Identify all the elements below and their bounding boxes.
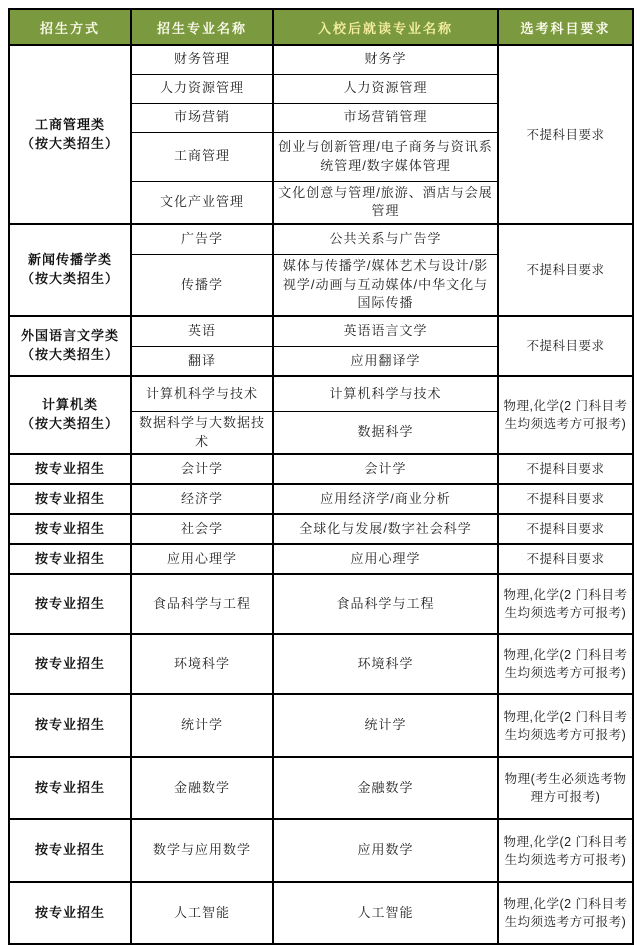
major-cell: 金融数学 — [131, 757, 273, 819]
study-cell: 应用翻译学 — [273, 346, 498, 376]
requirement-cell: 物理(考生必须选考物理方可报考) — [498, 757, 633, 819]
major-cell: 应用心理学 — [131, 544, 273, 574]
table-body: 工商管理类 （按大类招生）财务管理财务学不提科目要求人力资源管理人力资源管理市场… — [9, 45, 633, 944]
table-row: 按专业招生金融数学金融数学物理(考生必须选考物理方可报考) — [9, 757, 633, 819]
major-cell: 工商管理 — [131, 132, 273, 181]
requirement-cell: 不提科目要求 — [498, 316, 633, 376]
method-cell: 按专业招生 — [9, 757, 131, 819]
method-cell: 计算机类 （按大类招生） — [9, 376, 131, 454]
admissions-page: 招生方式招生专业名称入校后就读专业名称选考科目要求 工商管理类 （按大类招生）财… — [0, 0, 640, 937]
table-row: 按专业招生人工智能人工智能物理,化学(2 门科目考生均须选考方可报考) — [9, 882, 633, 944]
method-cell: 按专业招生 — [9, 882, 131, 944]
study-cell: 环境科学 — [273, 634, 498, 694]
major-cell: 计算机科学与技术 — [131, 376, 273, 411]
table-row: 按专业招生社会学全球化与发展/数字社会科学不提科目要求 — [9, 514, 633, 544]
study-cell: 创业与创新管理/电子商务与资讯系统管理/数字媒体管理 — [273, 132, 498, 181]
study-cell: 应用心理学 — [273, 544, 498, 574]
method-cell: 按专业招生 — [9, 574, 131, 634]
study-cell: 公共关系与广告学 — [273, 224, 498, 254]
study-cell: 财务学 — [273, 45, 498, 74]
header-cell-3: 选考科目要求 — [498, 9, 633, 45]
major-cell: 翻译 — [131, 346, 273, 376]
study-cell: 金融数学 — [273, 757, 498, 819]
major-cell: 广告学 — [131, 224, 273, 254]
table-row: 按专业招生应用心理学应用心理学不提科目要求 — [9, 544, 633, 574]
major-cell: 环境科学 — [131, 634, 273, 694]
major-cell: 数据科学与大数据技术 — [131, 411, 273, 454]
method-cell: 按专业招生 — [9, 819, 131, 882]
requirement-cell: 物理,化学(2 门科目考生均须选考方可报考) — [498, 574, 633, 634]
study-cell: 人工智能 — [273, 882, 498, 944]
table-row: 计算机类 （按大类招生）计算机科学与技术计算机科学与技术物理,化学(2 门科目考… — [9, 376, 633, 411]
requirement-cell: 不提科目要求 — [498, 484, 633, 514]
requirement-cell: 物理,化学(2 门科目考生均须选考方可报考) — [498, 882, 633, 944]
table-row: 按专业招生会计学会计学不提科目要求 — [9, 454, 633, 484]
header-cell-2: 入校后就读专业名称 — [273, 9, 498, 45]
major-cell: 统计学 — [131, 694, 273, 757]
study-cell: 数据科学 — [273, 411, 498, 454]
method-cell: 新闻传播学类 （按大类招生） — [9, 224, 131, 316]
table-row: 外国语言文学类 （按大类招生）英语英语语言文学不提科目要求 — [9, 316, 633, 346]
header-row: 招生方式招生专业名称入校后就读专业名称选考科目要求 — [9, 9, 633, 45]
method-cell: 外国语言文学类 （按大类招生） — [9, 316, 131, 376]
requirement-cell: 物理,化学(2 门科目考生均须选考方可报考) — [498, 819, 633, 882]
study-cell: 媒体与传播学/媒体艺术与设计/影视学/动画与互动媒体/中华文化与国际传播 — [273, 254, 498, 316]
table-row: 按专业招生统计学统计学物理,化学(2 门科目考生均须选考方可报考) — [9, 694, 633, 757]
admissions-table: 招生方式招生专业名称入校后就读专业名称选考科目要求 工商管理类 （按大类招生）财… — [8, 8, 634, 945]
requirement-cell: 物理,化学(2 门科目考生均须选考方可报考) — [498, 634, 633, 694]
method-cell: 工商管理类 （按大类招生） — [9, 45, 131, 224]
major-cell: 会计学 — [131, 454, 273, 484]
table-row: 按专业招生食品科学与工程食品科学与工程物理,化学(2 门科目考生均须选考方可报考… — [9, 574, 633, 634]
table-row: 按专业招生环境科学环境科学物理,化学(2 门科目考生均须选考方可报考) — [9, 634, 633, 694]
requirement-cell: 不提科目要求 — [498, 514, 633, 544]
method-cell: 按专业招生 — [9, 634, 131, 694]
study-cell: 全球化与发展/数字社会科学 — [273, 514, 498, 544]
study-cell: 应用经济学/商业分析 — [273, 484, 498, 514]
requirement-cell: 不提科目要求 — [498, 454, 633, 484]
major-cell: 食品科学与工程 — [131, 574, 273, 634]
requirement-cell: 不提科目要求 — [498, 45, 633, 224]
method-cell: 按专业招生 — [9, 514, 131, 544]
table-row: 新闻传播学类 （按大类招生）广告学公共关系与广告学不提科目要求 — [9, 224, 633, 254]
study-cell: 会计学 — [273, 454, 498, 484]
study-cell: 应用数学 — [273, 819, 498, 882]
major-cell: 经济学 — [131, 484, 273, 514]
table-header: 招生方式招生专业名称入校后就读专业名称选考科目要求 — [9, 9, 633, 45]
requirement-cell: 物理,化学(2 门科目考生均须选考方可报考) — [498, 694, 633, 757]
study-cell: 食品科学与工程 — [273, 574, 498, 634]
major-cell: 英语 — [131, 316, 273, 346]
header-cell-0: 招生方式 — [9, 9, 131, 45]
study-cell: 文化创意与管理/旅游、酒店与会展管理 — [273, 181, 498, 224]
major-cell: 财务管理 — [131, 45, 273, 74]
study-cell: 英语语言文学 — [273, 316, 498, 346]
method-cell: 按专业招生 — [9, 484, 131, 514]
major-cell: 人力资源管理 — [131, 74, 273, 103]
header-cell-1: 招生专业名称 — [131, 9, 273, 45]
major-cell: 传播学 — [131, 254, 273, 316]
major-cell: 文化产业管理 — [131, 181, 273, 224]
requirement-cell: 物理,化学(2 门科目考生均须选考方可报考) — [498, 376, 633, 454]
requirement-cell: 不提科目要求 — [498, 544, 633, 574]
major-cell: 市场营销 — [131, 103, 273, 132]
study-cell: 统计学 — [273, 694, 498, 757]
study-cell: 人力资源管理 — [273, 74, 498, 103]
study-cell: 计算机科学与技术 — [273, 376, 498, 411]
table-row: 按专业招生经济学应用经济学/商业分析不提科目要求 — [9, 484, 633, 514]
major-cell: 人工智能 — [131, 882, 273, 944]
method-cell: 按专业招生 — [9, 454, 131, 484]
major-cell: 数学与应用数学 — [131, 819, 273, 882]
table-row: 按专业招生数学与应用数学应用数学物理,化学(2 门科目考生均须选考方可报考) — [9, 819, 633, 882]
requirement-cell: 不提科目要求 — [498, 224, 633, 316]
study-cell: 市场营销管理 — [273, 103, 498, 132]
method-cell: 按专业招生 — [9, 694, 131, 757]
method-cell: 按专业招生 — [9, 544, 131, 574]
table-row: 工商管理类 （按大类招生）财务管理财务学不提科目要求 — [9, 45, 633, 74]
major-cell: 社会学 — [131, 514, 273, 544]
